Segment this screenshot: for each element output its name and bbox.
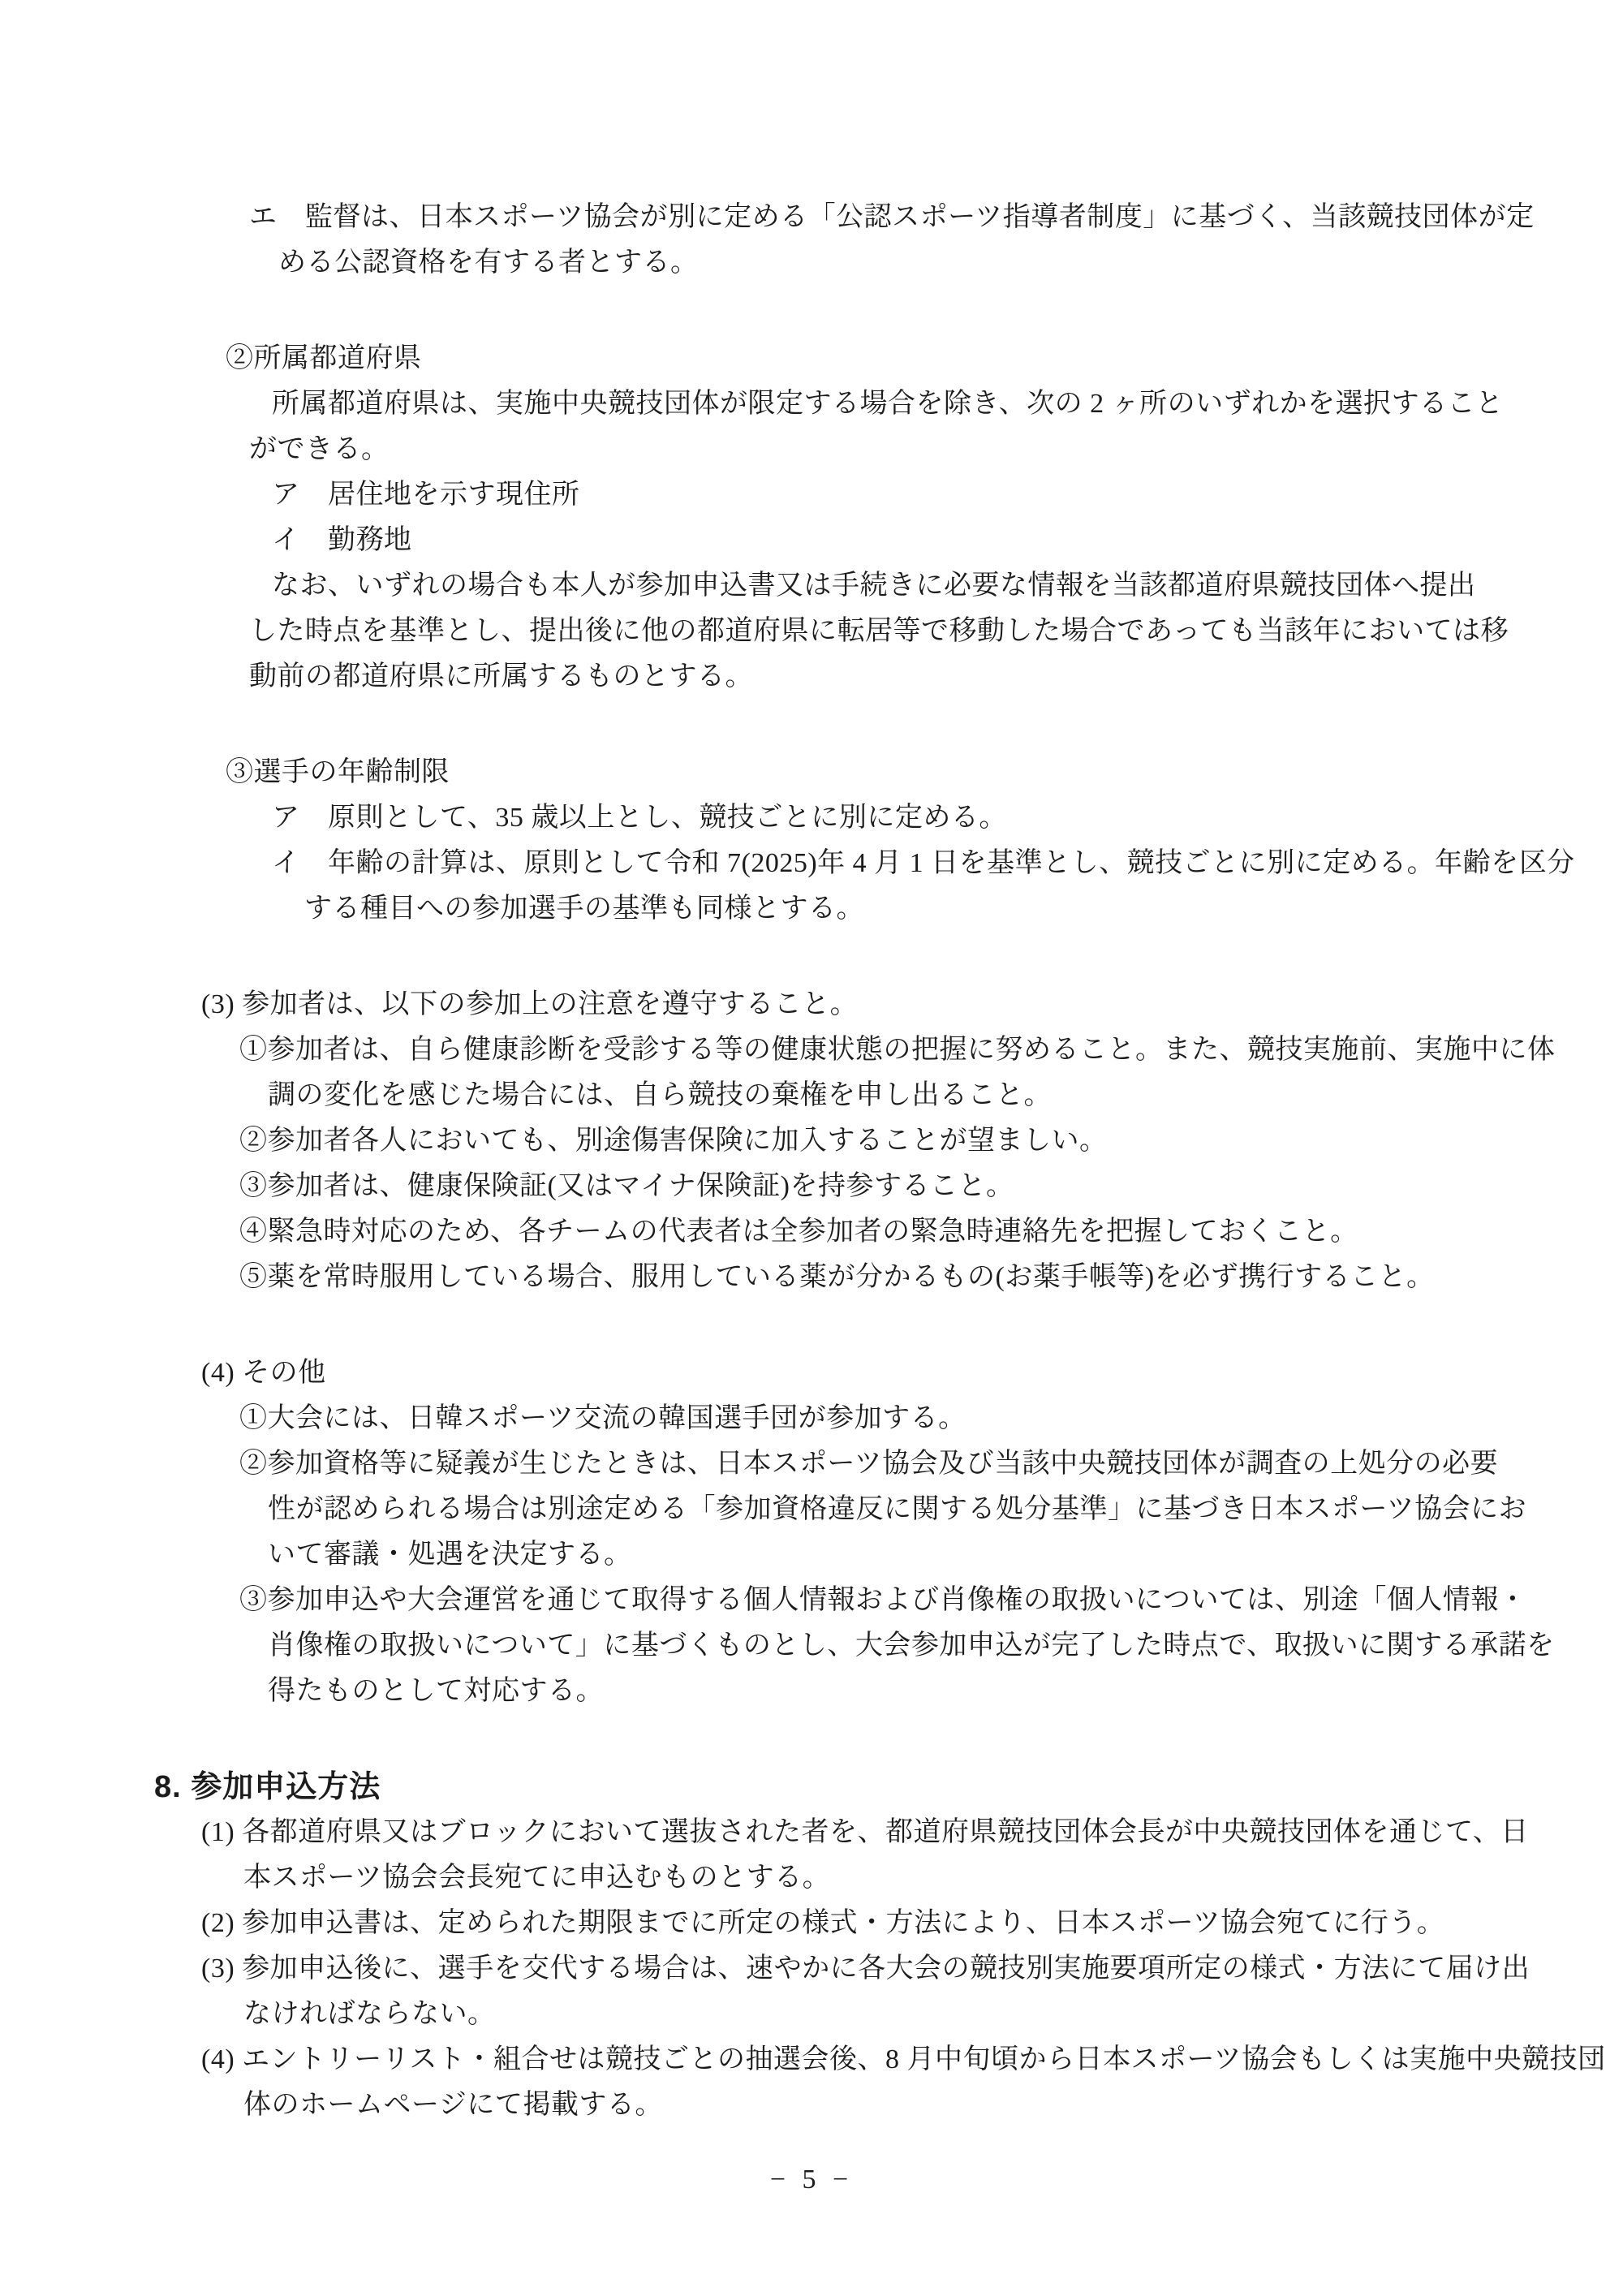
sec8-heading: 8. 参加申込方法	[0, 1764, 1623, 1810]
sec8-item1-line-2: 本スポーツ協会会長宛てに申込むものとする。	[0, 1855, 1623, 1901]
item-e-line-2: める公認資格を有する者とする。	[0, 240, 1623, 286]
section-spacer	[0, 700, 1623, 750]
sec3-item-i-line-2: する種目への参加選手の基準も同様とする。	[0, 886, 1623, 932]
note3-sub1-line-1: ①参加者は、自ら健康診断を受診する等の健康状態の把握に努めること。また、競技実施…	[0, 1027, 1623, 1073]
note3-sub2: ②参加者各人においても、別途傷害保険に加入することが望ましい。	[0, 1118, 1623, 1164]
other4-sub2-line-3: いて審議・処遇を決定する。	[0, 1532, 1623, 1578]
sec2-para2-line-2: した時点を基準とし、提出後に他の都道府県に転居等で移動した場合であっても当該年に…	[0, 609, 1623, 654]
sec2-para1-line-2: ができる。	[0, 427, 1623, 472]
sec3-item-i-line-1: イ 年齢の計算は、原則として令和 7(2025)年 4 月 1 日を基準とし、競…	[0, 841, 1623, 886]
sec3-heading: ③選手の年齢制限	[0, 750, 1623, 795]
section-spacer	[0, 1300, 1623, 1350]
other4-sub3-line-2: 肖像権の取扱いについて」に基づくものとし、大会参加申込が完了した時点で、取扱いに…	[0, 1623, 1623, 1669]
document-body: エ 監督は、日本スポーツ協会が別に定める「公認スポーツ指導者制度」に基づく、当該…	[0, 0, 1623, 2203]
note3-heading: (3) 参加者は、以下の参加上の注意を遵守すること。	[0, 982, 1623, 1027]
sec3-item-a: ア 原則として、35 歳以上とし、競技ごとに別に定める。	[0, 795, 1623, 841]
note3-sub4: ④緊急時対応のため、各チームの代表者は全参加者の緊急時連絡先を把握しておくこと。	[0, 1209, 1623, 1255]
item-e-line-1: エ 監督は、日本スポーツ協会が別に定める「公認スポーツ指導者制度」に基づく、当該…	[0, 195, 1623, 240]
other4-sub3-line-1: ③参加申込や大会運営を通じて取得する個人情報および肖像権の取扱いについては、別途…	[0, 1578, 1623, 1623]
sec8-item1-line-1: (1) 各都道府県又はブロックにおいて選抜された者を、都道府県競技団体会長が中央…	[0, 1810, 1623, 1855]
sec8-item3-line-2: なければならない。	[0, 1992, 1623, 2037]
sec8-item4-line-2: 体のホームページにて掲載する。	[0, 2083, 1623, 2128]
other4-sub3-line-3: 得たものとして対応する。	[0, 1669, 1623, 1714]
note3-sub3: ③参加者は、健康保険証(又はマイナ保険証)を持参すること。	[0, 1164, 1623, 1209]
section-spacer	[0, 286, 1623, 336]
sec2-item-a: ア 居住地を示す現住所	[0, 472, 1623, 518]
sec8-item4-line-1: (4) エントリーリスト・組合せは競技ごとの抽選会後、8 月中旬頃から日本スポー…	[0, 2037, 1623, 2083]
sec2-para2-line-1: なお、いずれの場合も本人が参加申込書又は手続きに必要な情報を当該都道府県競技団体…	[0, 563, 1623, 609]
sec2-para2-line-3: 動前の都道府県に所属するものとする。	[0, 654, 1623, 700]
sec8-item3-line-1: (3) 参加申込後に、選手を交代する場合は、速やかに各大会の競技別実施要項所定の…	[0, 1946, 1623, 1992]
other4-sub2-line-1: ②参加資格等に疑義が生じたときは、日本スポーツ協会及び当該中央競技団体が調査の上…	[0, 1441, 1623, 1487]
page-number: − 5 −	[0, 2157, 1623, 2203]
section-spacer	[0, 932, 1623, 982]
sec2-item-i: イ 勤務地	[0, 518, 1623, 563]
other4-sub2-line-2: 性が認められる場合は別途定める「参加資格違反に関する処分基準」に基づき日本スポー…	[0, 1487, 1623, 1532]
section-spacer	[0, 1714, 1623, 1764]
note3-sub1-line-2: 調の変化を感じた場合には、自ら競技の棄権を申し出ること。	[0, 1073, 1623, 1118]
other4-heading: (4) その他	[0, 1350, 1623, 1396]
sec2-para1-line-1: 所属都道府県は、実施中央競技団体が限定する場合を除き、次の 2 ヶ所のいずれかを…	[0, 381, 1623, 427]
sec8-item2: (2) 参加申込書は、定められた期限までに所定の様式・方法により、日本スポーツ協…	[0, 1901, 1623, 1946]
document-page: エ 監督は、日本スポーツ協会が別に定める「公認スポーツ指導者制度」に基づく、当該…	[0, 0, 1623, 2296]
note3-sub5: ⑤薬を常時服用している場合、服用している薬が分かるもの(お薬手帳等)を必ず携行す…	[0, 1255, 1623, 1300]
other4-sub1: ①大会には、日韓スポーツ交流の韓国選手団が参加する。	[0, 1396, 1623, 1441]
sec2-heading: ②所属都道府県	[0, 336, 1623, 381]
